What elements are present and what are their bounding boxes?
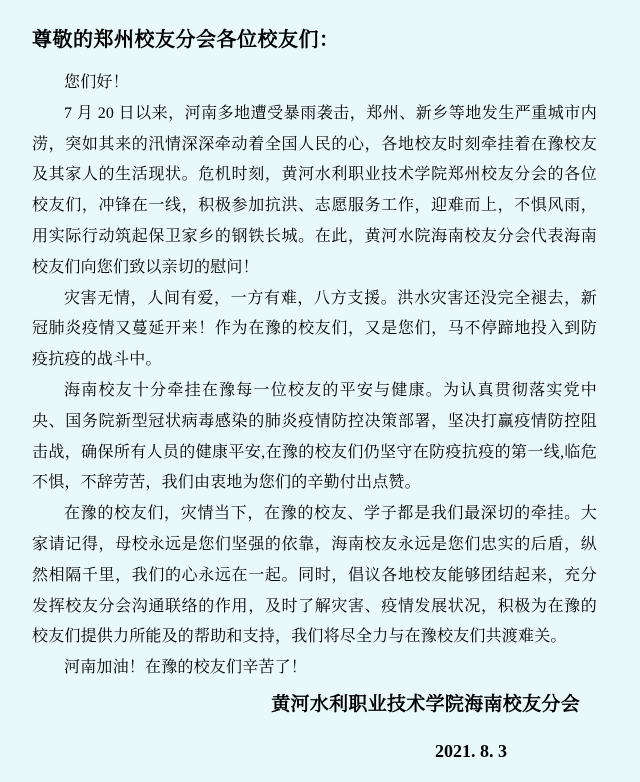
letter-date: 2021. 8. 3 — [32, 736, 507, 766]
letter-paragraph-concern: 海南校友十分牵挂在豫每一位校友的平安与健康。为认真贯彻落实党中央、国务院新型冠状… — [32, 376, 597, 499]
letter-signature: 黄河水利职业技术学院海南校友分会 — [32, 690, 580, 720]
letter-paragraph-cheer: 河南加油！在豫的校友们辛苦了！ — [32, 653, 597, 684]
letter-salutation: 尊敬的郑州校友分会各位校友们： — [32, 26, 597, 54]
letter-page: 尊敬的郑州校友分会各位校友们： 您们好！ 7 月 20 日以来，河南多地遭受暴雨… — [0, 0, 640, 782]
letter-paragraph-support: 在豫的校友们，灾情当下，在豫的校友、学子都是我们最深切的牵挂。大家请记得，母校永… — [32, 499, 597, 653]
letter-paragraph-epidemic: 灾害无情，人间有爱，一方有难，八方支援。洪水灾害还没完全褪去，新冠肺炎疫情又蔓延… — [32, 284, 597, 376]
letter-body: 您们好！ 7 月 20 日以来，河南多地遭受暴雨袭击，郑州、新乡等地发生严重城市… — [32, 68, 597, 684]
letter-paragraph-flood: 7 月 20 日以来，河南多地遭受暴雨袭击，郑州、新乡等地发生严重城市内涝，突如… — [32, 99, 597, 284]
letter-paragraph-greeting: 您们好！ — [32, 68, 597, 99]
